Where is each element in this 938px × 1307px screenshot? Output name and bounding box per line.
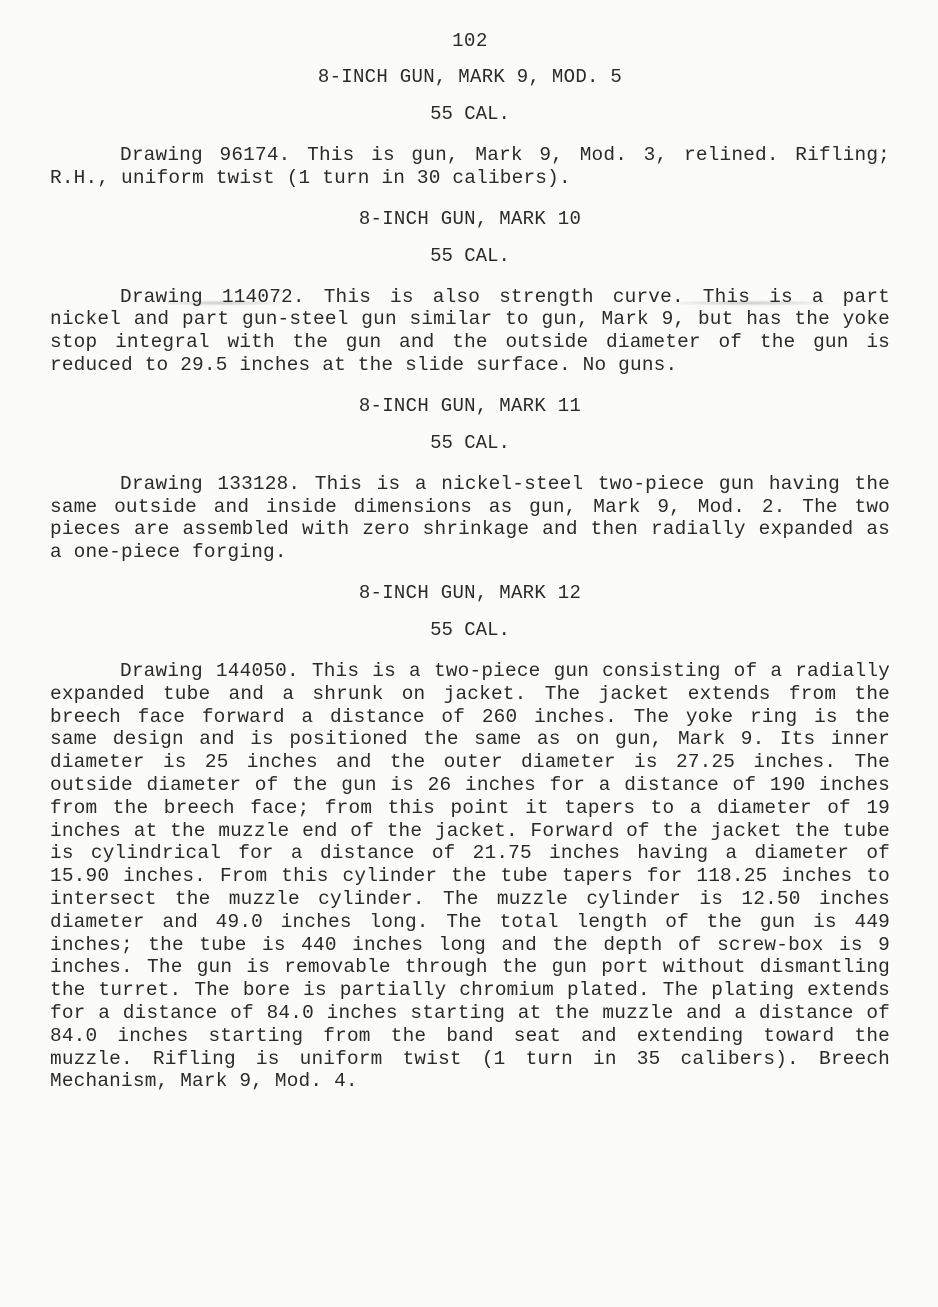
section-title: 8-INCH GUN, MARK 12: [50, 582, 890, 604]
section-mark-10: 8-INCH GUN, MARK 10 55 CAL. Drawing 1140…: [50, 208, 890, 377]
section-body: Drawing 96174. This is gun, Mark 9, Mod.…: [50, 144, 890, 190]
section-caliber: 55 CAL.: [50, 245, 890, 267]
document-page: 102 8-INCH GUN, MARK 9, MOD. 5 55 CAL. D…: [50, 30, 890, 1111]
section-body: Drawing 144050. This is a two-piece gun …: [50, 660, 890, 1093]
section-caliber: 55 CAL.: [50, 432, 890, 454]
section-title: 8-INCH GUN, MARK 11: [50, 395, 890, 417]
section-title: 8-INCH GUN, MARK 9, MOD. 5: [50, 66, 890, 88]
section-body: Drawing 114072. This is also strength cu…: [50, 286, 890, 377]
section-title: 8-INCH GUN, MARK 10: [50, 208, 890, 230]
section-body: Drawing 133128. This is a nickel-steel t…: [50, 473, 890, 564]
section-mark-11: 8-INCH GUN, MARK 11 55 CAL. Drawing 1331…: [50, 395, 890, 564]
section-caliber: 55 CAL.: [50, 619, 890, 641]
section-mark-12: 8-INCH GUN, MARK 12 55 CAL. Drawing 1440…: [50, 582, 890, 1093]
section-mark-9-mod-5: 8-INCH GUN, MARK 9, MOD. 5 55 CAL. Drawi…: [50, 66, 890, 190]
section-caliber: 55 CAL.: [50, 103, 890, 125]
page-number: 102: [50, 30, 890, 52]
